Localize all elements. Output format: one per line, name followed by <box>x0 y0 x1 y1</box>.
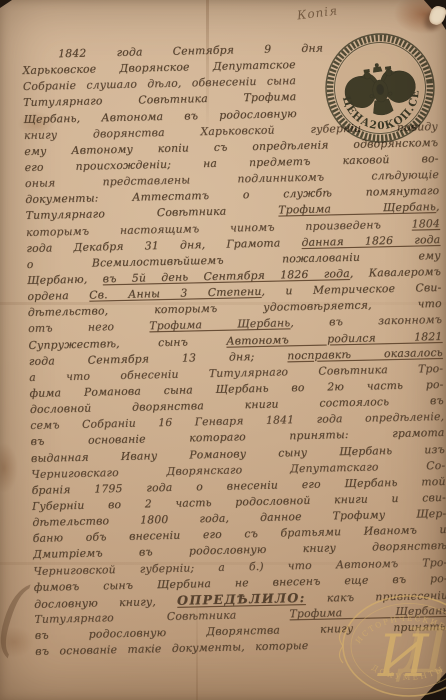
underlined-phrase: Трофима Щербань <box>149 317 290 333</box>
handwritten-phrase: , Кавалеромъ <box>350 265 442 280</box>
underlined-phrase: Трофима Щербань <box>278 200 436 216</box>
photo-corner-background <box>0 0 12 8</box>
handwritten-phrase: отъ него <box>28 320 149 336</box>
margin-bracket: ( <box>0 566 32 667</box>
underlined-phrase: ОПРЕДѢЛИЛО: <box>177 590 306 608</box>
revenue-stamp: ЦЕНА20КОП.СЕР. <box>317 25 443 151</box>
underlined-phrase: Св. Анны 3 Степени <box>89 285 262 302</box>
handwritten-phrase: , и Метрическое Сви- <box>261 281 441 298</box>
underlined-phrase: Автономъ родился 1821 <box>226 329 442 347</box>
document-photo: Копія 1842 года Сентября 9 дняХарьковско… <box>0 0 446 700</box>
underlined-phrase: 1804 <box>412 216 441 230</box>
handwritten-phrase: Супружествѣ, сынъ <box>28 334 226 351</box>
handwritten-phrase: ордена <box>27 289 89 303</box>
handwritten-phrase: , въ законномъ <box>290 313 442 329</box>
underlined-phrase: посправкѣ оказалось <box>287 346 443 362</box>
copy-annotation: Копія <box>296 4 338 23</box>
paper-sheet: Копія 1842 года Сентября 9 дняХарьковско… <box>0 0 446 700</box>
watermark: ИСТОРИЧЕСКИЕ ДОКУМЕНТЫ Д И <box>336 592 446 700</box>
handwritten-phrase: Щербаню, <box>27 272 103 287</box>
underlined-phrase: данная 1826 года <box>301 233 440 249</box>
handwritten-phrase: , <box>436 200 440 213</box>
watermark-monogram: И <box>377 622 430 690</box>
